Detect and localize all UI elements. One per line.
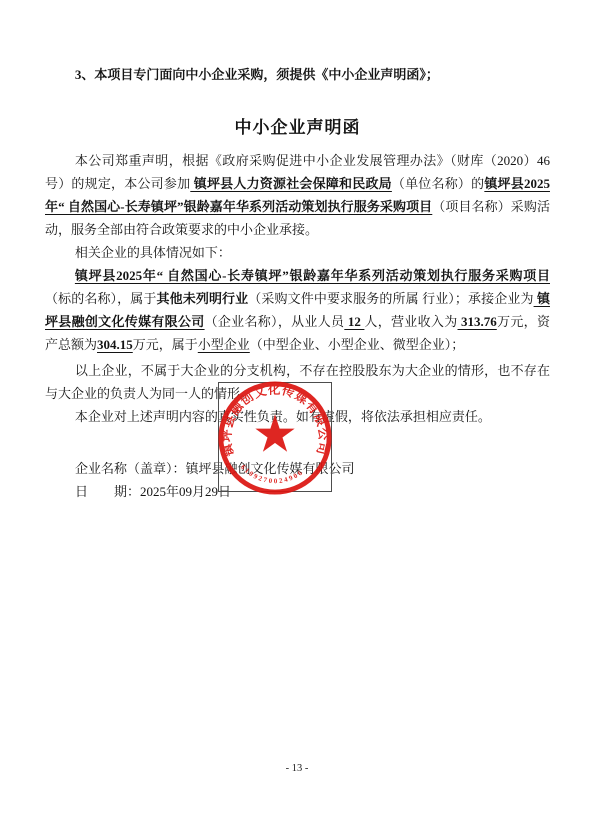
text-segment: 人，营业收入为 bbox=[364, 314, 457, 329]
text-segment: 313.76 bbox=[458, 314, 497, 329]
text-segment: （企业名称），从业人员 bbox=[205, 314, 345, 329]
text-segment: 小型企业 bbox=[198, 337, 250, 352]
page-number: - 13 - bbox=[0, 763, 594, 774]
text-segment: 万元，属于 bbox=[133, 337, 198, 352]
document-title: 中小企业声明函 bbox=[45, 118, 550, 138]
text-segment: 镇坪县人力资源社会保障和民政局 bbox=[190, 176, 392, 191]
text-segment: （单位名称）的 bbox=[392, 176, 484, 191]
text-segment: （中型企业、小型企业、微型企业）； bbox=[250, 337, 465, 352]
text-segment: 镇坪县2025年“ 自然国心-长寿镇坪”银龄嘉年华系列活动策划执行服务采购项目 bbox=[75, 268, 550, 283]
text-segment: 相关企业的具体情况如下： bbox=[75, 245, 231, 260]
paragraph-details-intro: 相关企业的具体情况如下： bbox=[45, 241, 550, 264]
company-label: 企业名称（盖章）： bbox=[75, 461, 186, 476]
text-segment: 其他未列明行业 bbox=[157, 291, 249, 306]
date-label: 日 期： bbox=[75, 484, 140, 499]
text-segment: 304.15 bbox=[97, 337, 133, 352]
text-segment: 12 bbox=[344, 314, 364, 329]
company-seal-stamp-icon: 镇坪县融创文化传媒有限公司 6109270024906 bbox=[216, 379, 334, 497]
seal-code-arc-text: 6109270024906 bbox=[239, 464, 305, 485]
document-page: 3、本项目专门面向中小企业采购，须提供《中小企业声明函》； 中小企业声明函 本公… bbox=[0, 0, 594, 817]
seal-star-icon bbox=[255, 414, 294, 451]
text-segment: （采购文件中要求服务的所属 行业）；承接企业为 bbox=[248, 291, 533, 306]
intro-clause: 3、本项目专门面向中小企业采购，须提供《中小企业声明函》； bbox=[45, 66, 550, 84]
text-segment: （标的名称），属于 bbox=[45, 291, 157, 306]
paragraph-declaration: 本公司郑重声明，根据《政府采购促进中小企业发展管理办法》（财库（2020）46 … bbox=[45, 149, 550, 241]
paragraph-enterprise-details: 镇坪县2025年“ 自然国心-长寿镇坪”银龄嘉年华系列活动策划执行服务采购项目（… bbox=[45, 264, 550, 356]
